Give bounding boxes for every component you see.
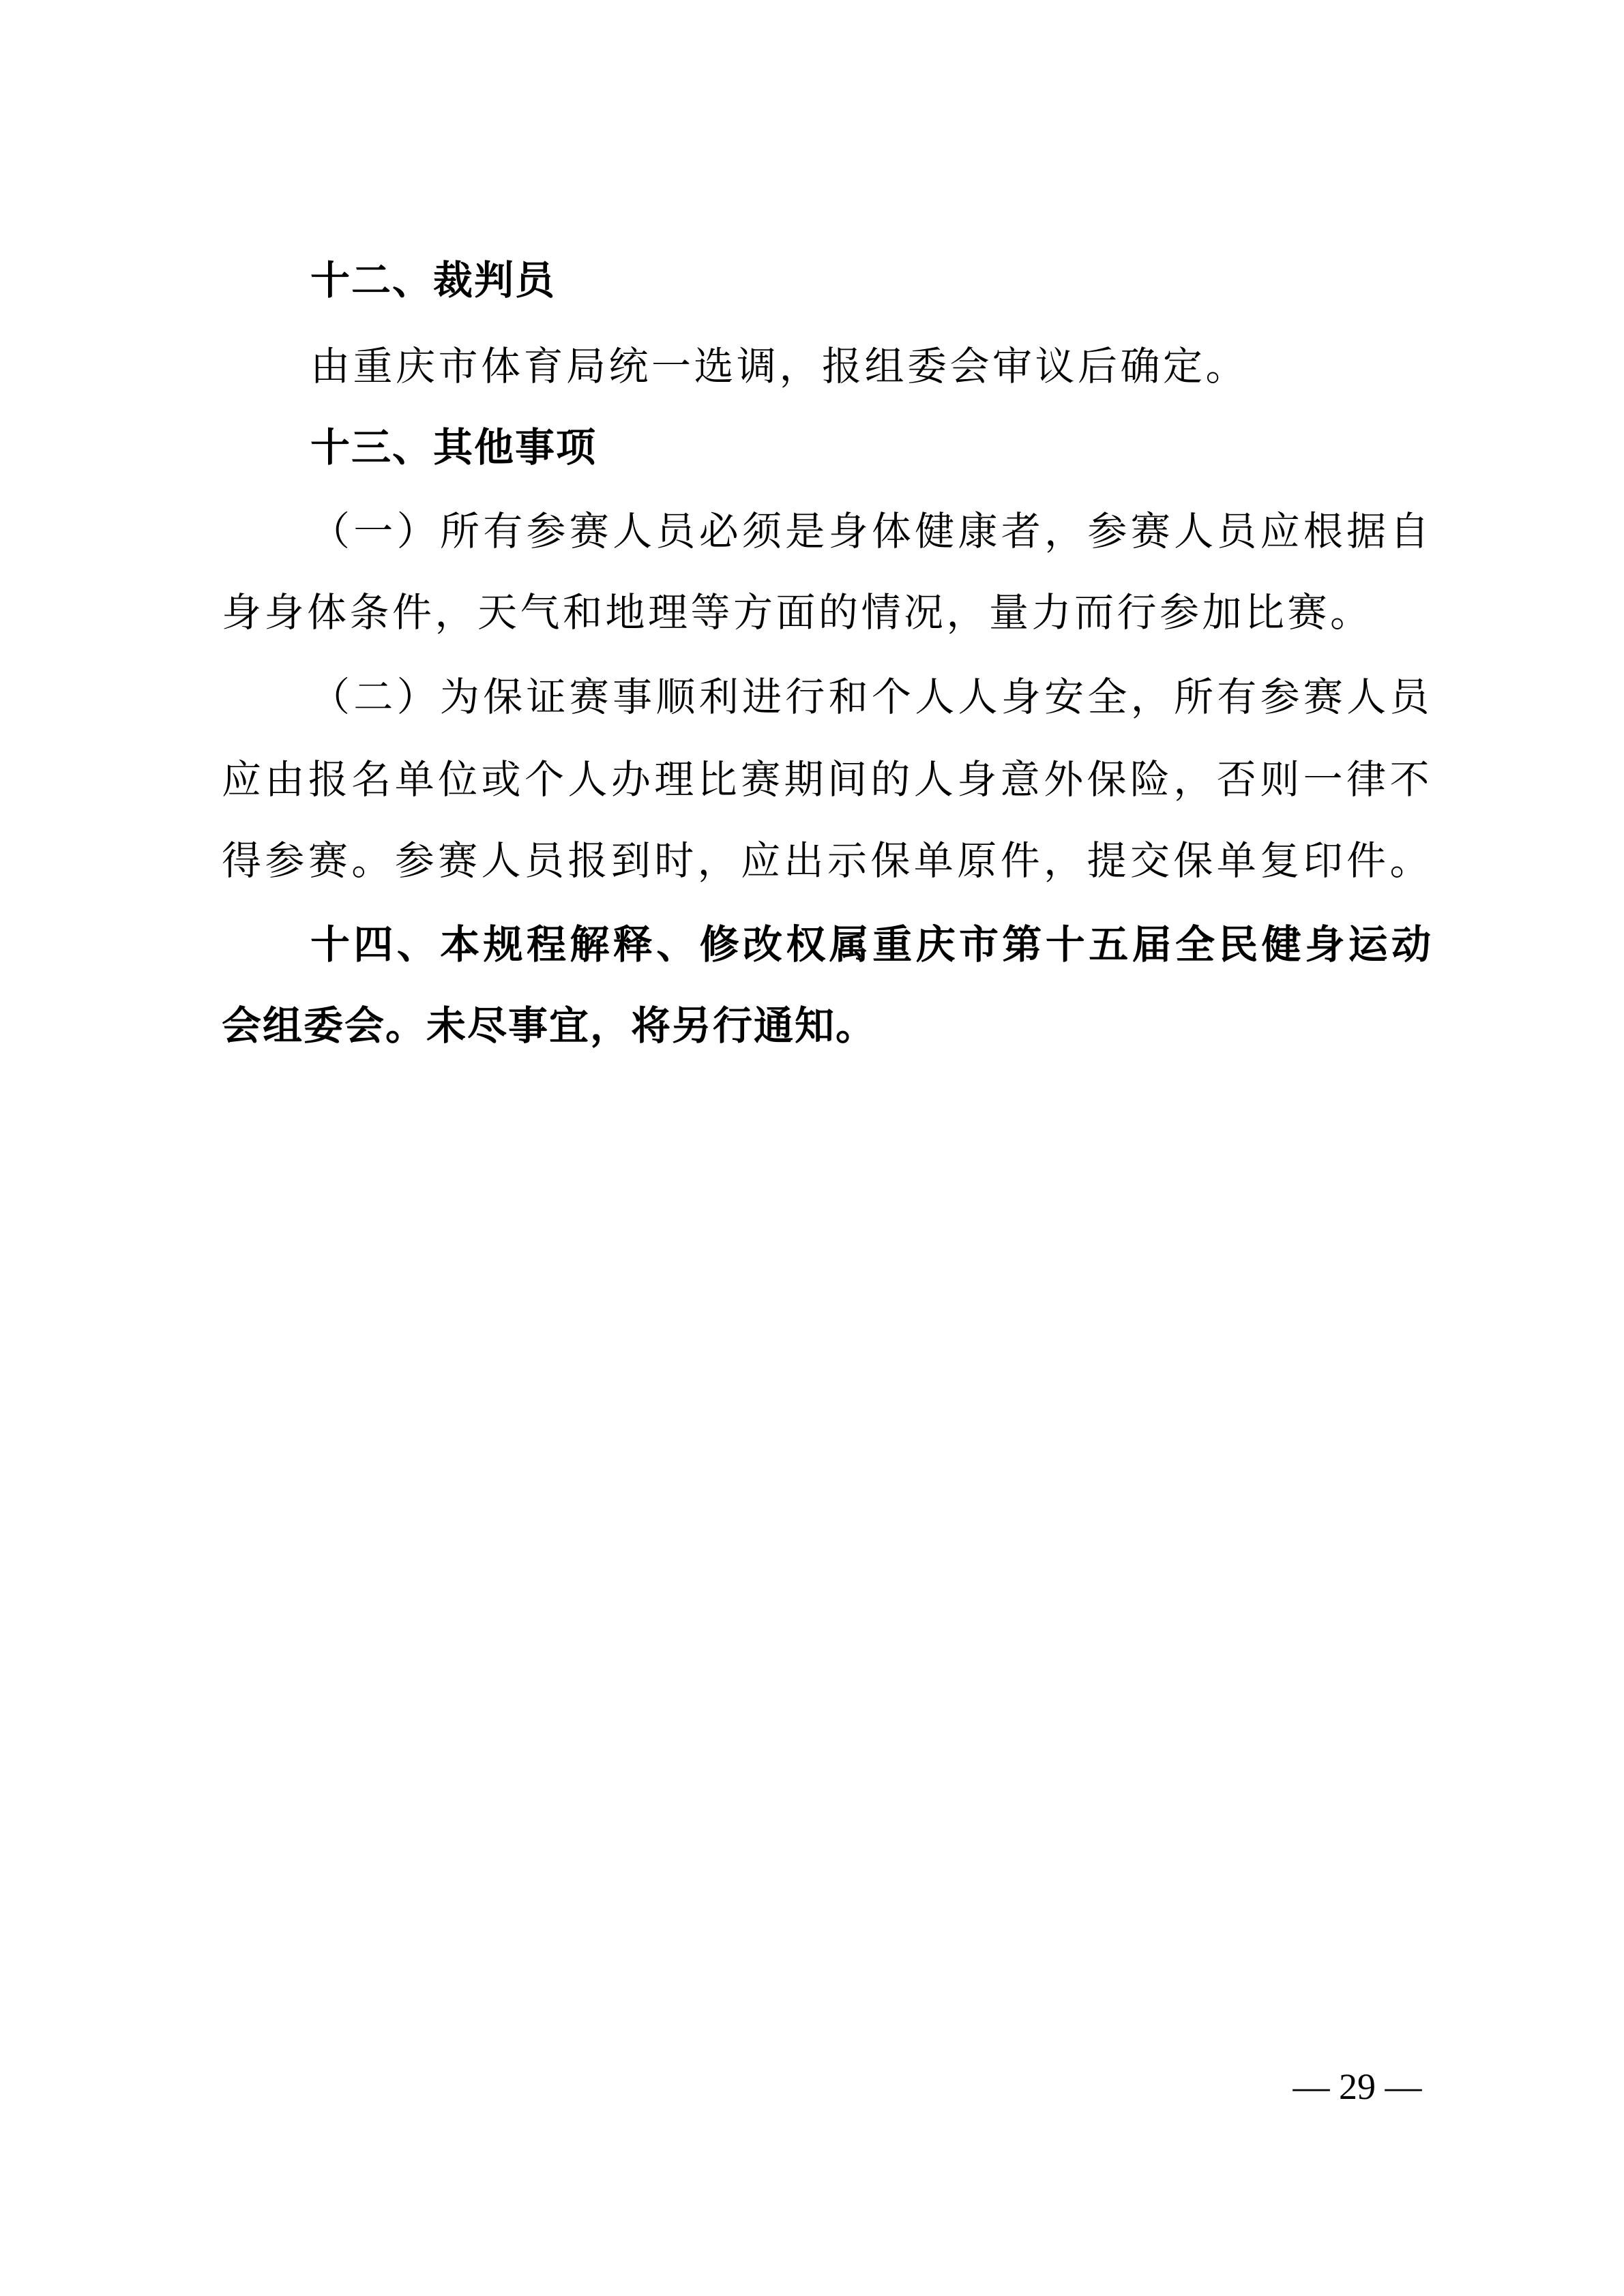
paragraph-line: 应由报名单位或个人办理比赛期间的人身意外保险，否则一律不 xyxy=(222,752,1432,807)
section-heading-14-cont: 会组委会。未尽事宜，将另行通知。 xyxy=(222,998,1432,1053)
paragraph-line: （二）为保证赛事顺利进行和个人人身安全，所有参赛人员 xyxy=(310,670,1432,724)
section-heading-13: 十三、其他事项 xyxy=(310,420,1432,475)
paragraph-line: 身身体条件，天气和地理等方面的情况，量力而行参加比赛。 xyxy=(222,585,1432,640)
paragraph-line: （一）所有参赛人员必须是身体健康者，参赛人员应根据自 xyxy=(310,504,1432,558)
paragraph-line: 由重庆市体育局统一选调，报组委会审议后确定。 xyxy=(310,339,1432,393)
section-heading-14: 十四、本规程解释、修改权属重庆市第十五届全民健身运动 xyxy=(310,917,1432,972)
section-heading-12: 十二、裁判员 xyxy=(310,253,1432,308)
page-number: — 29 — xyxy=(1275,2059,1439,2114)
document-page: 十二、裁判员 由重庆市体育局统一选调，报组委会审议后确定。 十三、其他事项 （一… xyxy=(0,0,1624,2296)
paragraph-line: 得参赛。参赛人员报到时，应出示保单原件，提交保单复印件。 xyxy=(222,833,1432,888)
